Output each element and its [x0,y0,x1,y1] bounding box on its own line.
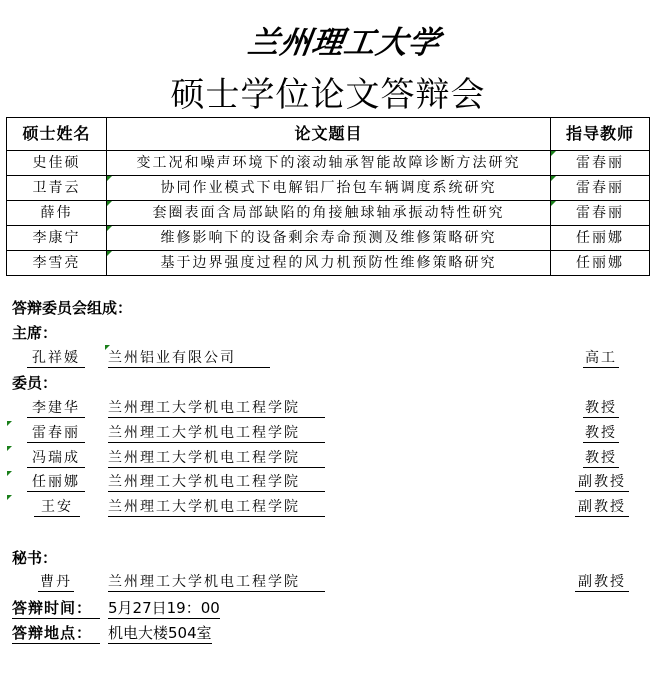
thesis-title[interactable]: 协同作业模式下电解铝厂抬包车辆调度系统研究 [107,176,551,201]
member-title[interactable]: 副教授 [575,473,629,492]
chair-org[interactable]: 兰州铝业有限公司 [108,349,270,368]
column-header-advisor: 指导教师 [551,118,650,151]
university-logo: 兰州理工大学 [245,22,416,64]
student-name[interactable]: 薛伟 [7,201,107,226]
comment-indicator-icon [7,446,12,451]
members-label: 委员： [12,373,57,393]
advisor-text: 雷春丽 [576,155,624,171]
table-row: 李雪亮 基于边界强度过程的风力机预防性维修策略研究 任丽娜 [7,251,650,276]
secretary-label: 秘书： [12,548,57,568]
member-name[interactable]: 冯瑞成 [27,449,85,468]
secretary-title[interactable]: 副教授 [575,573,629,592]
thesis-text: 维修影响下的设备剩余寿命预测及维修策略研究 [161,230,497,246]
member-org[interactable]: 兰州理工大学机电工程学院 [108,473,325,492]
advisor-name[interactable]: 任丽娜 [551,226,650,251]
chair-name[interactable]: 孔祥媛 [27,349,85,368]
advisor-text: 雷春丽 [576,180,624,196]
member-org[interactable]: 兰州理工大学机电工程学院 [108,424,325,443]
defense-time-value[interactable]: 5月27日19：00 [108,598,220,619]
advisor-name[interactable]: 任丽娜 [551,251,650,276]
member-title[interactable]: 教授 [583,449,619,468]
thesis-title[interactable]: 基于边界强度过程的风力机预防性维修策略研究 [107,251,551,276]
comment-indicator-icon [551,176,556,181]
student-name[interactable]: 李康宁 [7,226,107,251]
table-row: 薛伟 套圈表面含局部缺陷的角接触球轴承振动特性研究 雷春丽 [7,201,650,226]
member-name[interactable]: 王安 [34,498,80,517]
table-row: 李康宁 维修影响下的设备剩余寿命预测及维修策略研究 任丽娜 [7,226,650,251]
comment-indicator-icon [107,226,112,231]
table-header-row: 硕士姓名 论文题目 指导教师 [7,118,650,151]
committee-heading: 答辩委员会组成： [12,298,132,318]
defense-place-value[interactable]: 机电大楼504室 [108,623,212,644]
advisor-name[interactable]: 雷春丽 [551,201,650,226]
advisor-text: 雷春丽 [576,205,624,221]
member-title[interactable]: 教授 [583,424,619,443]
student-name[interactable]: 卫青云 [7,176,107,201]
column-header-student: 硕士姓名 [7,118,107,151]
member-name[interactable]: 任丽娜 [27,473,85,492]
chair-label: 主席： [12,323,57,343]
advisor-name[interactable]: 雷春丽 [551,151,650,176]
comment-indicator-icon [7,495,12,500]
comment-indicator-icon [107,176,112,181]
member-org[interactable]: 兰州理工大学机电工程学院 [108,449,325,468]
chair-title[interactable]: 高工 [583,349,619,368]
comment-indicator-icon [107,251,112,256]
defense-place-label: 答辩地点： [12,623,100,644]
member-org[interactable]: 兰州理工大学机电工程学院 [108,498,325,517]
comment-indicator-icon [7,421,12,426]
member-title[interactable]: 副教授 [575,498,629,517]
page-title: 硕士学位论文答辩会 [0,75,656,115]
column-header-thesis: 论文题目 [107,118,551,151]
member-title[interactable]: 教授 [583,399,619,418]
member-name[interactable]: 李建华 [27,399,85,418]
student-name[interactable]: 李雪亮 [7,251,107,276]
member-org[interactable]: 兰州理工大学机电工程学院 [108,399,325,418]
table-row: 卫青云 协同作业模式下电解铝厂抬包车辆调度系统研究 雷春丽 [7,176,650,201]
secretary-name[interactable]: 曹丹 [38,573,74,592]
comment-indicator-icon [107,201,112,206]
defense-time-label: 答辩时间： [12,598,100,619]
advisor-name[interactable]: 雷春丽 [551,176,650,201]
thesis-text: 基于边界强度过程的风力机预防性维修策略研究 [161,255,497,271]
table-row: 史佳硕 变工况和噪声环境下的滚动轴承智能故障诊断方法研究 雷春丽 [7,151,650,176]
thesis-title[interactable]: 变工况和噪声环境下的滚动轴承智能故障诊断方法研究 [107,151,551,176]
thesis-title[interactable]: 维修影响下的设备剩余寿命预测及维修策略研究 [107,226,551,251]
comment-indicator-icon [551,201,556,206]
thesis-table: 硕士姓名 论文题目 指导教师 史佳硕 变工况和噪声环境下的滚动轴承智能故障诊断方… [6,117,650,276]
thesis-text: 套圈表面含局部缺陷的角接触球轴承振动特性研究 [153,205,505,221]
thesis-title[interactable]: 套圈表面含局部缺陷的角接触球轴承振动特性研究 [107,201,551,226]
comment-indicator-icon [551,151,556,156]
member-name[interactable]: 雷春丽 [27,424,85,443]
student-name[interactable]: 史佳硕 [7,151,107,176]
comment-indicator-icon [7,471,12,476]
thesis-text: 协同作业模式下电解铝厂抬包车辆调度系统研究 [161,180,497,196]
secretary-org[interactable]: 兰州理工大学机电工程学院 [108,573,325,592]
